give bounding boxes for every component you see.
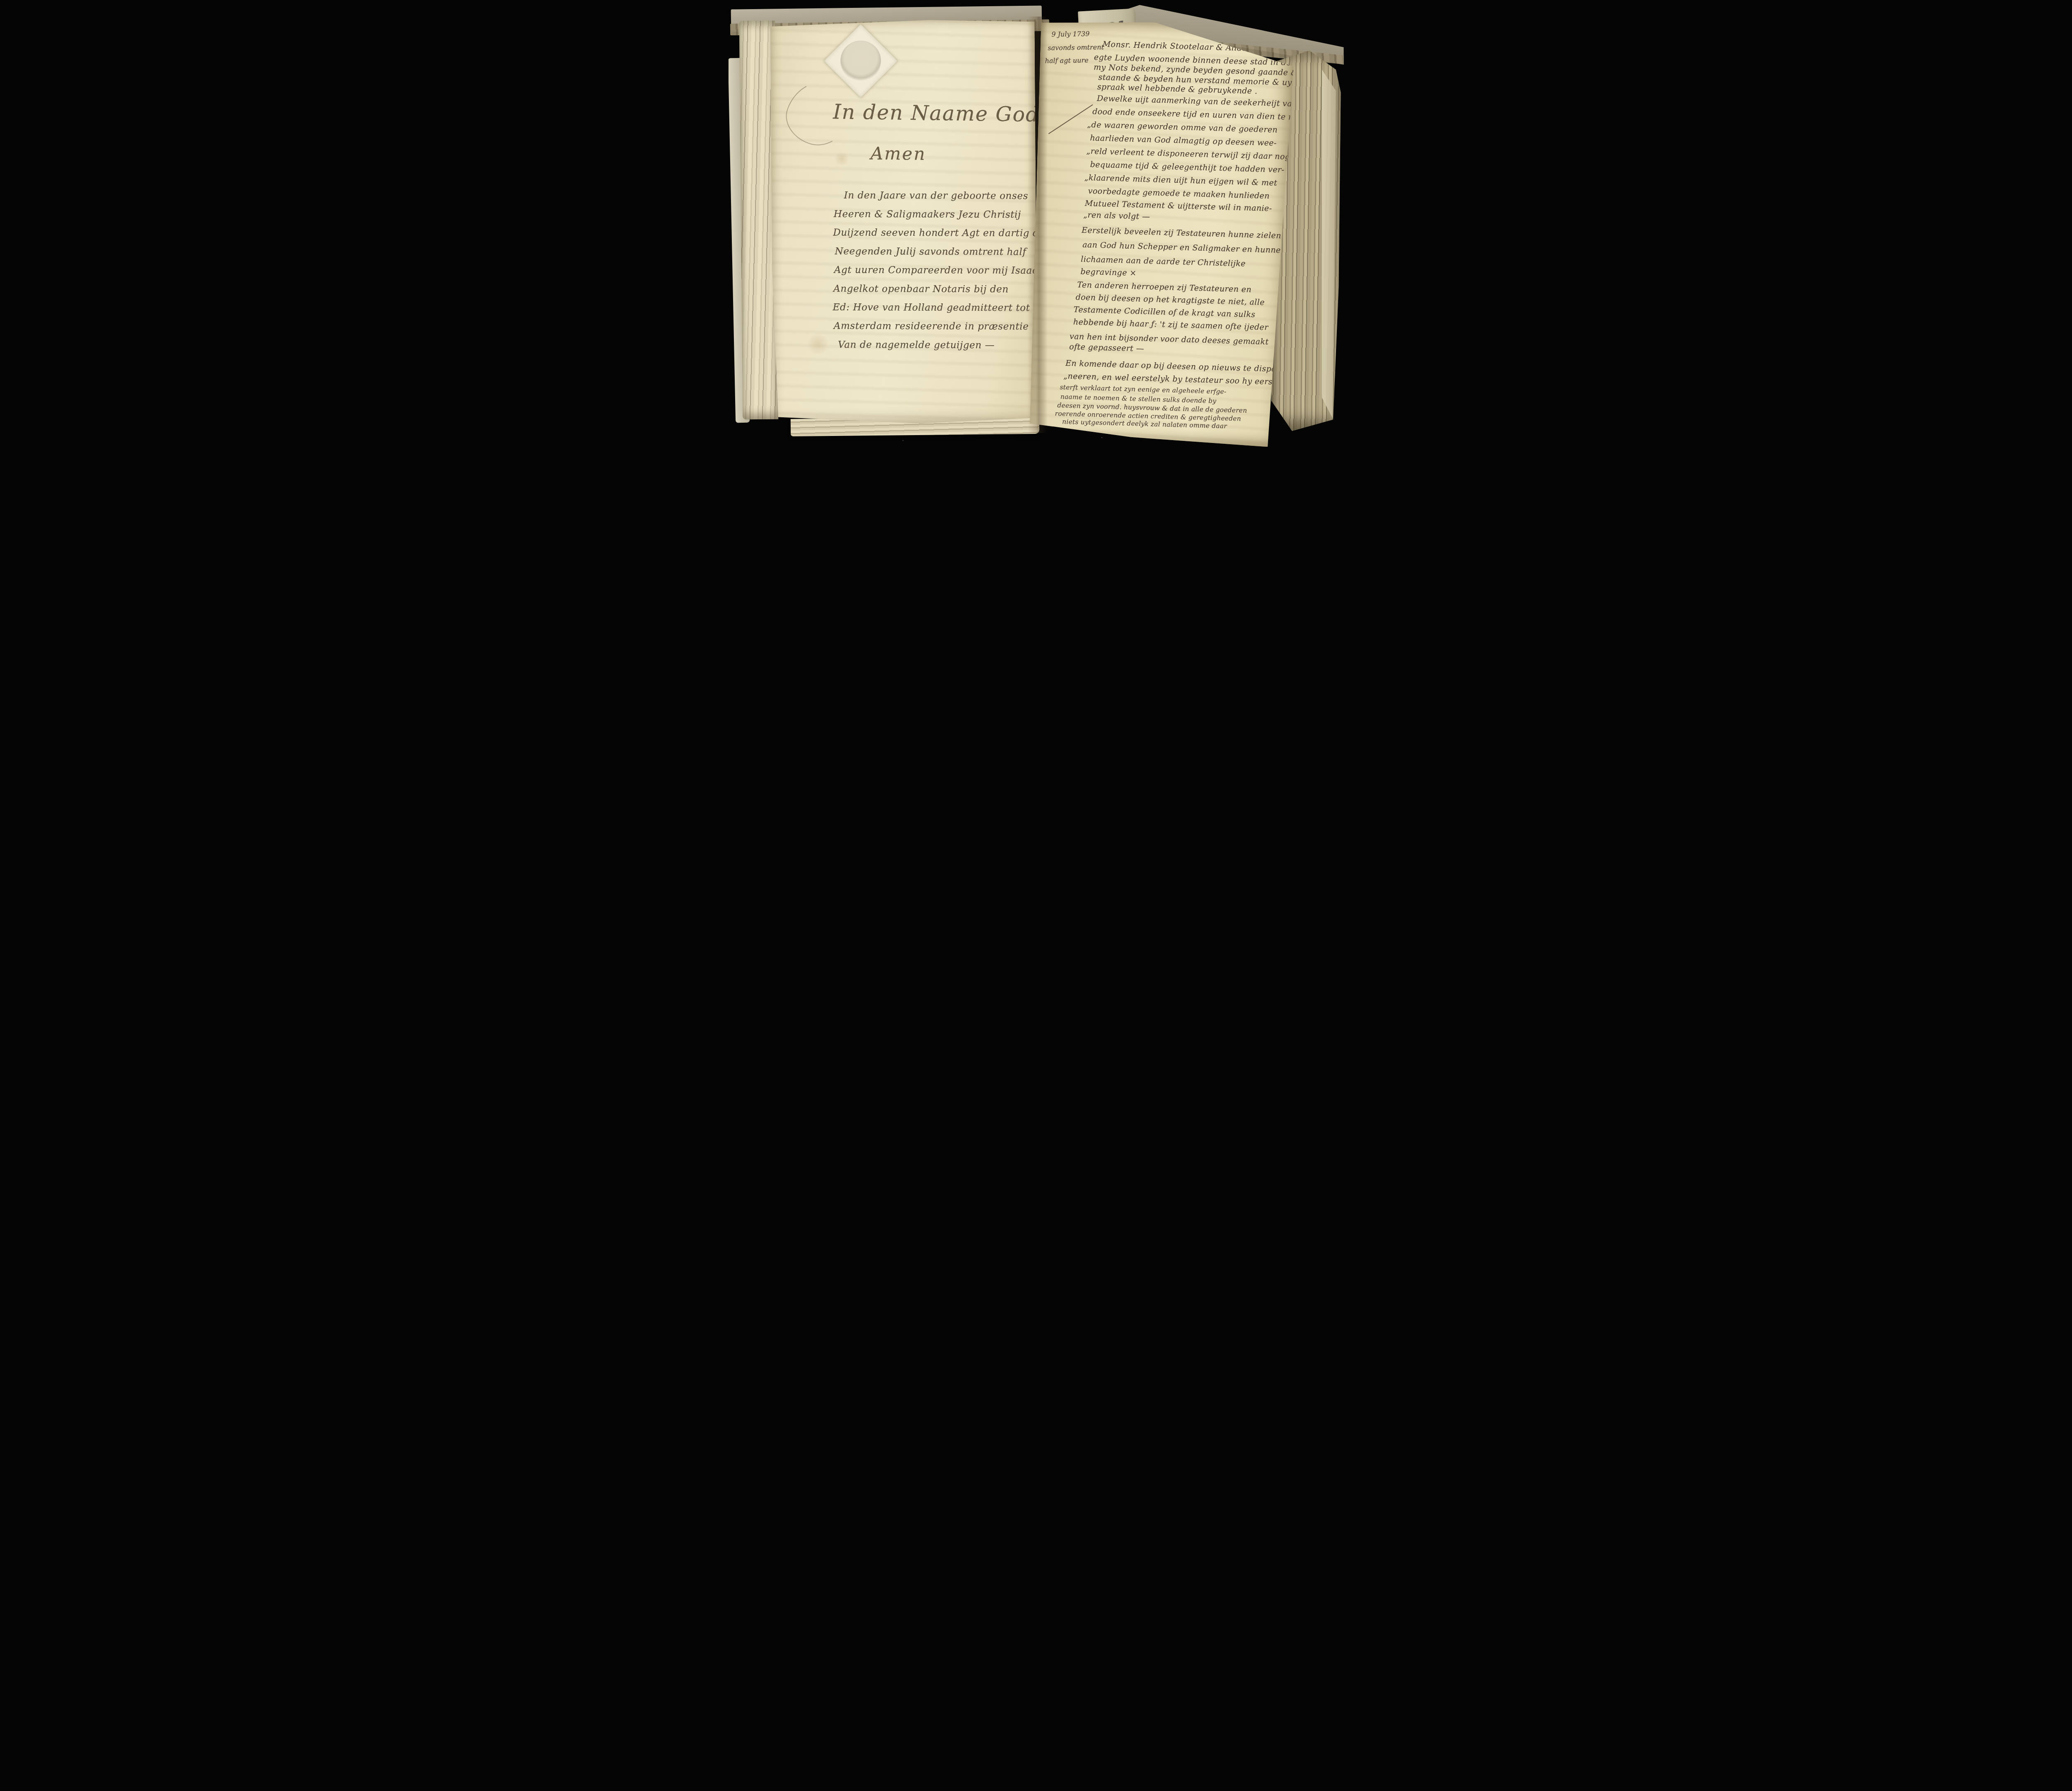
margin-date-note: savonds omtrent — [1048, 43, 1104, 52]
dust-speck — [903, 440, 903, 441]
manuscript-line: Ten anderen herroepen zij Testateuren en — [1077, 280, 1251, 294]
manuscript-line: In den Jaare van der geboorte onses — [844, 190, 1028, 202]
margin-date-note: 9 July 1739 — [1051, 30, 1089, 38]
manuscript-line: Eerstelijk beveelen zij Testateuren hunn… — [1081, 226, 1281, 240]
manuscript-line: Neegenden Julij savonds omtrent half — [835, 246, 1026, 258]
manuscript-line: Testamente Codicillen of de kragt van su… — [1073, 305, 1255, 319]
manuscript-line: En komende daar op bij deesen op nieuws … — [1065, 359, 1279, 374]
archival-photo-stage: 8521 In den Naame Godes Amen In den Jaar… — [729, 0, 1344, 448]
manuscript-line: haarlieden van God almagtig op deesen we… — [1090, 133, 1277, 148]
manuscript-line: dood ende onseekere tijd en uuren van di… — [1092, 107, 1305, 122]
manuscript-line: Amsterdam resideerende in præsentie — [833, 321, 1029, 332]
manuscript-line: lichaamen aan de aarde ter Christelijke — [1080, 255, 1245, 269]
page-subtitle-amen: Amen — [870, 143, 926, 164]
dust-speck — [1101, 437, 1102, 438]
manuscript-line: Agt uuren Compareerden voor mij Isaac — [834, 265, 1038, 276]
manuscript-line: „ren als volgt — — [1083, 211, 1150, 221]
manuscript-line: hebbende bij haar ƒ: 't zij te saamen of… — [1073, 317, 1268, 332]
page-title: In den Naame Godes — [833, 100, 1063, 127]
margin-date-note: half agt uure — [1045, 56, 1088, 65]
margin-flourish-stroke — [1048, 104, 1093, 134]
foxing-spot — [805, 334, 830, 353]
right-page: 9 July 1739 savonds omtrent half agt uur… — [1029, 19, 1294, 448]
manuscript-line: aan God hun Schepper en Saligmaker en hu… — [1082, 240, 1280, 255]
manuscript-line: „klaarende mits dien uijt hun eijgen wil… — [1084, 173, 1277, 188]
manuscript-line: „reld verleent te disponeeren terwijl zi… — [1086, 147, 1290, 162]
manuscript-line: voorbedagte gemoede te maaken hunlieden — [1088, 186, 1270, 201]
manuscript-line: Dewelke uijt aanmerking van de seekerhei… — [1097, 94, 1310, 109]
manuscript-line: Van de nagemelde getuijgen — — [838, 339, 995, 351]
left-page: In den Naame Godes Amen In den Jaare van… — [770, 18, 1037, 425]
manuscript-line: „de waaren geworden omme van de goederen — [1087, 120, 1277, 135]
manuscript-line: doen bij deesen op het kragtigste te nie… — [1075, 293, 1265, 307]
manuscript-line: Duijzend seeven hondert Agt en dartig de… — [833, 227, 1051, 239]
manuscript-line: ofte gepasseert — — [1069, 342, 1144, 353]
manuscript-line: begravinge × — [1080, 267, 1137, 278]
manuscript-line: Angelkot openbaar Notaris bij den — [833, 283, 1009, 295]
manuscript-line: Heeren & Saligmaakers Jezu Christij — [833, 209, 1021, 220]
manuscript-line: Ed: Hove van Holland geadmitteert tot — [833, 302, 1030, 314]
foxing-spot — [833, 152, 850, 165]
bleedthrough-texture — [770, 18, 1037, 425]
manuscript-line: bequaame tijd & geleegenthijt toe hadden… — [1090, 160, 1284, 174]
